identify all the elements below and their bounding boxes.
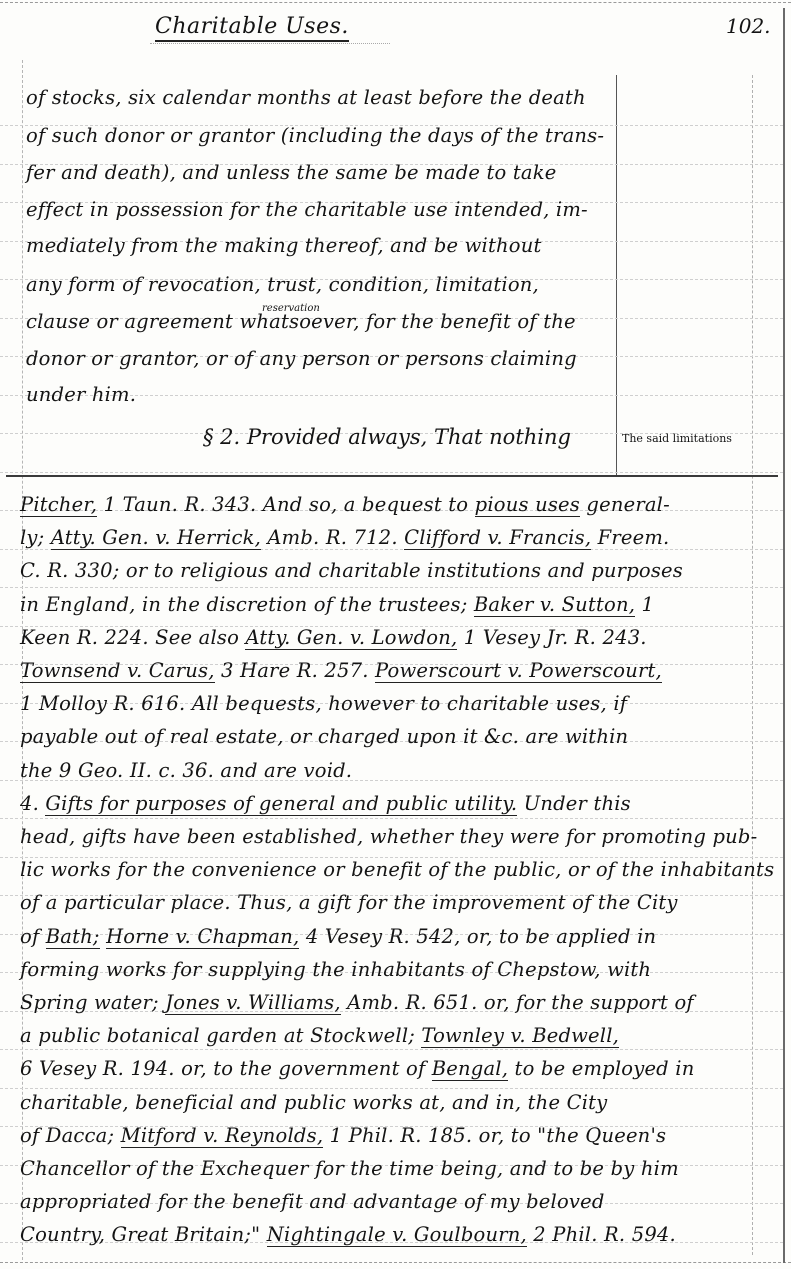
- manuscript-line: donor or grantor, or of any person or pe…: [26, 349, 577, 369]
- ruled-line: [0, 818, 783, 819]
- manuscript-line: of such donor or grantor (including the …: [26, 126, 604, 146]
- case-citation: Nightingale v. Goulbourn,: [267, 1223, 527, 1247]
- text-segment: 1 Molloy R. 616. All bequests, however t…: [20, 692, 627, 715]
- section-divider: [6, 475, 778, 477]
- manuscript-line: clause or agreement whatsoever, for the …: [26, 312, 576, 332]
- page-right-edge: [783, 8, 785, 1263]
- ruled-line: [0, 587, 783, 588]
- text-segment: the 9 Geo. II. c. 36. and are void.: [20, 759, 352, 782]
- text-segment: in England, in the discretion of the tru…: [20, 593, 474, 616]
- manuscript-line: charitable, beneficial and public works …: [20, 1093, 607, 1113]
- text-segment: 3 Hare R. 257.: [215, 659, 375, 682]
- case-citation: Clifford v. Francis,: [404, 526, 591, 550]
- text-segment: 4.: [20, 792, 45, 815]
- case-citation: Jones v. Williams,: [165, 991, 341, 1015]
- text-segment: head, gifts have been established, wheth…: [20, 825, 757, 848]
- page-title: Charitable Uses.: [155, 14, 349, 39]
- text-segment: 1 Taun. R. 343. And so, a bequest to: [97, 493, 474, 516]
- text-segment: forming works for supplying the inhabita…: [20, 958, 651, 981]
- ruled-line: [0, 1088, 783, 1089]
- manuscript-line: payable out of real estate, or charged u…: [20, 727, 628, 747]
- page-number: 102.: [726, 14, 771, 38]
- manuscript-line: 1 Molloy R. 616. All bequests, however t…: [20, 694, 627, 714]
- manuscript-line: of a particular place. Thus, a gift for …: [20, 893, 678, 913]
- manuscript-line: any form of revocation, trust, condition…: [26, 275, 539, 295]
- manuscript-line: 6 Vesey R. 194. or, to the government of…: [20, 1059, 694, 1079]
- text-segment: 6 Vesey R. 194. or, to the government of: [20, 1057, 432, 1080]
- manuscript-page: Charitable Uses. 102. of stocks, six cal…: [0, 0, 791, 1269]
- manuscript-line: Spring water; Jones v. Williams, Amb. R.…: [20, 993, 694, 1013]
- text-segment: Freem.: [591, 526, 669, 549]
- ruled-line: [0, 472, 783, 473]
- manuscript-line: fer and death), and unless the same be m…: [26, 163, 557, 183]
- manuscript-line: 4. Gifts for purposes of general and pub…: [20, 794, 631, 814]
- text-segment: 1 Phil. R. 185. or, to "the Queen's: [323, 1124, 666, 1147]
- top-border: [0, 2, 791, 3]
- text-segment: charitable, beneficial and public works …: [20, 1091, 607, 1114]
- manuscript-line: head, gifts have been established, wheth…: [20, 827, 757, 847]
- bottom-border: [0, 1262, 791, 1263]
- text-segment: ly;: [20, 526, 51, 549]
- manuscript-line: the 9 Geo. II. c. 36. and are void.: [20, 761, 352, 781]
- text-segment: of a particular place. Thus, a gift for …: [20, 891, 678, 914]
- text-segment: Amb. R. 712.: [261, 526, 404, 549]
- outer-margin-rule: [752, 75, 753, 1255]
- text-segment: Country, Great Britain;": [20, 1223, 267, 1246]
- case-citation: Pitcher,: [20, 493, 97, 517]
- case-citation: Atty. Gen. v. Herrick,: [51, 526, 261, 550]
- manuscript-line: Townsend v. Carus, 3 Hare R. 257. Powers…: [20, 661, 662, 681]
- case-citation: Townley v. Bedwell,: [421, 1024, 619, 1048]
- manuscript-line: effect in possession for the charitable …: [26, 200, 588, 220]
- text-segment: Spring water;: [20, 991, 165, 1014]
- manuscript-line: mediately from the making thereof, and b…: [26, 236, 542, 256]
- manuscript-line: under him.: [26, 385, 136, 405]
- text-segment: of Dacca;: [20, 1124, 121, 1147]
- ruled-line: [0, 1049, 783, 1050]
- text-segment: to be employed in: [508, 1057, 694, 1080]
- manuscript-line: Country, Great Britain;" Nightingale v. …: [20, 1225, 676, 1245]
- text-segment: 4 Vesey R. 542, or, to be applied in: [299, 925, 656, 948]
- case-citation: pious uses: [475, 493, 580, 517]
- case-citation: Townsend v. Carus,: [20, 659, 215, 683]
- text-segment: general-: [580, 493, 670, 516]
- manuscript-line: ly; Atty. Gen. v. Herrick, Amb. R. 712. …: [20, 528, 669, 548]
- column-divider: [616, 75, 617, 475]
- text-segment: Amb. R. 651. or, for the support of: [341, 991, 694, 1014]
- manuscript-line: in England, in the discretion of the tru…: [20, 595, 654, 615]
- manuscript-line: C. R. 330; or to religious and charitabl…: [20, 561, 683, 581]
- case-citation: Bath;: [46, 925, 100, 949]
- manuscript-line: lic works for the convenience or benefit…: [20, 860, 774, 880]
- text-segment: Keen R. 224. See also: [20, 626, 245, 649]
- text-segment: C. R. 330; or to religious and charitabl…: [20, 559, 683, 582]
- text-segment: 1 Vesey Jr. R. 243.: [457, 626, 646, 649]
- case-citation: Bengal,: [432, 1057, 508, 1081]
- text-segment: Chancellor of the Exchequer for the time…: [20, 1157, 679, 1180]
- section-heading: § 2. Provided always, That nothing: [203, 425, 571, 449]
- marginal-note: The said limitations: [622, 432, 732, 445]
- case-citation: Powerscourt v. Powerscourt,: [375, 659, 662, 683]
- manuscript-line: appropriated for the benefit and advanta…: [20, 1192, 605, 1212]
- text-segment: appropriated for the benefit and advanta…: [20, 1190, 605, 1213]
- page-title-text: Charitable Uses.: [155, 14, 349, 42]
- manuscript-line: forming works for supplying the inhabita…: [20, 960, 651, 980]
- text-segment: lic works for the convenience or benefit…: [20, 858, 774, 881]
- case-citation: Horne v. Chapman,: [106, 925, 299, 949]
- text-segment: 2 Phil. R. 594.: [527, 1223, 676, 1246]
- manuscript-line: of stocks, six calendar months at least …: [26, 88, 586, 108]
- text-segment: a public botanical garden at Stockwell;: [20, 1024, 421, 1047]
- manuscript-line: Chancellor of the Exchequer for the time…: [20, 1159, 679, 1179]
- text-segment: of: [20, 925, 46, 948]
- manuscript-line: Keen R. 224. See also Atty. Gen. v. Lowd…: [20, 628, 647, 648]
- manuscript-line: of Bath; Horne v. Chapman, 4 Vesey R. 54…: [20, 927, 656, 947]
- manuscript-line: of Dacca; Mitford v. Reynolds, 1 Phil. R…: [20, 1126, 666, 1146]
- manuscript-line: a public botanical garden at Stockwell; …: [20, 1026, 619, 1046]
- case-citation: Atty. Gen. v. Lowdon,: [245, 626, 457, 650]
- case-citation: Baker v. Sutton,: [474, 593, 635, 617]
- case-citation: Mitford v. Reynolds,: [121, 1124, 324, 1148]
- manuscript-line: Pitcher, 1 Taun. R. 343. And so, a beque…: [20, 495, 670, 515]
- text-segment: Under this: [517, 792, 631, 815]
- title-rule: [150, 43, 390, 44]
- text-segment: 1: [635, 593, 654, 616]
- text-segment: payable out of real estate, or charged u…: [20, 725, 628, 748]
- interlinear-insertion: reservation: [262, 303, 320, 314]
- case-citation: Gifts for purposes of general and public…: [45, 792, 517, 816]
